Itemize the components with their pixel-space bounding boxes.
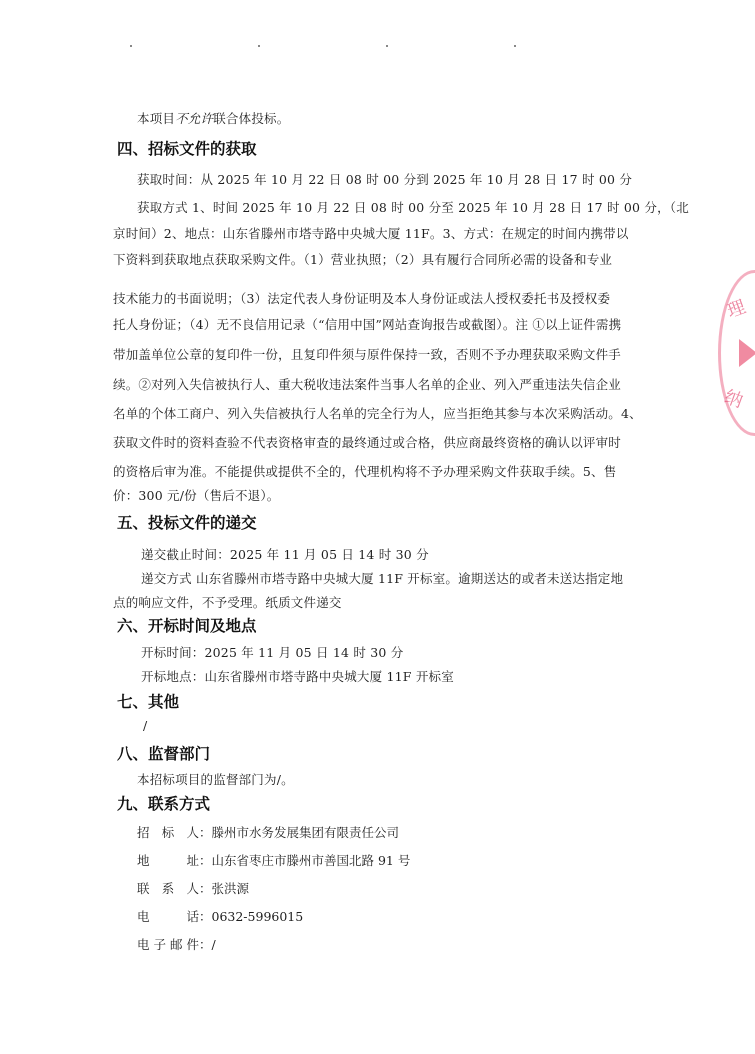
- section-7-heading: 七、其他: [117, 690, 179, 712]
- section-7-content: /: [143, 718, 147, 733]
- section-5-heading: 五、投标文件的递交: [117, 511, 257, 533]
- contact-label: 电子邮件: [137, 935, 199, 953]
- section-4-method-line: 获取文件时的资料查验不代表资格审查的最终通过或合格，供应商最终资格的确认以评审时: [113, 433, 621, 451]
- section-4-method-line: 技术能力的书面说明；（3）法定代表人身份证明及本人身份证或法人授权委托书及授权委: [113, 289, 610, 307]
- document-page: 本项目不允许联合体投标。 四、招标文件的获取 获取时间：从 2025 年 10 …: [0, 0, 755, 1054]
- intro-italic: 不允许: [175, 111, 213, 126]
- contact-label: 联系人: [137, 879, 199, 897]
- section-4-heading: 四、招标文件的获取: [117, 137, 257, 159]
- section-5-method-line: 点的响应文件，不予受理。纸质文件递交: [113, 593, 342, 611]
- section-4-method-line: 的资格后审为准。不能提供或提供不全的，代理机构将不予办理采购文件获取手续。5、售: [113, 462, 616, 480]
- intro-suffix: 联合体投标。: [213, 111, 289, 126]
- section-6-heading: 六、开标时间及地点: [117, 614, 257, 636]
- contact-label: 招标人: [137, 823, 199, 841]
- contact-value: ：/: [199, 937, 216, 952]
- contact-value: ：张洪源: [199, 881, 249, 896]
- scan-speck: [514, 45, 516, 47]
- section-4-method-line: 名单的个体工商户、列入失信被执行人名单的完全行为人，应当拒绝其参与本次采购活动。…: [113, 404, 642, 422]
- contact-value: ：山东省枣庄市滕州市善国北路 91 号: [199, 853, 410, 868]
- contact-value: ：滕州市水务发展集团有限责任公司: [199, 825, 399, 840]
- stamp-star-icon: [739, 339, 755, 367]
- contact-row-phone: 电话：0632-5996015: [137, 907, 303, 925]
- contact-row-email: 电子邮件：/: [137, 935, 216, 953]
- section-5-method-line: 递交方式 山东省滕州市塔寺路中央城大厦 11F 开标室。逾期送达的或者未送达指定…: [141, 569, 623, 587]
- seal-stamp: 理 纳: [718, 270, 755, 436]
- contact-value: ：0632-5996015: [199, 909, 303, 924]
- intro-line: 本项目不允许联合体投标。: [137, 109, 289, 127]
- section-4-method-line: 带加盖单位公章的复印件一份，且复印件须与原件保持一致，否则不予办理获取采购文件手: [113, 345, 621, 363]
- section-8-heading: 八、监督部门: [117, 742, 210, 764]
- stamp-char-top: 理: [723, 293, 749, 324]
- section-4-method-line: 托人身份证；（4）无不良信用记录（“信用中国”网站查询报告或截图）。注 ①以上证…: [113, 315, 621, 333]
- section-8-content: 本招标项目的监督部门为/。: [137, 770, 294, 788]
- stamp-char-bottom: 纳: [721, 383, 747, 414]
- section-4-method-line: 续。②对列入失信被执行人、重大税收违法案件当事人名单的企业、列入严重违法失信企业: [113, 375, 621, 393]
- section-4-time: 获取时间：从 2025 年 10 月 22 日 08 时 00 分到 2025 …: [137, 170, 632, 188]
- section-6-place: 开标地点：山东省滕州市塔寺路中央城大厦 11F 开标室: [141, 667, 454, 685]
- contact-label: 电话: [137, 907, 199, 925]
- intro-prefix: 本项目: [137, 111, 175, 126]
- contact-row-tenderer: 招标人：滕州市水务发展集团有限责任公司: [137, 823, 399, 841]
- scan-speck: [386, 45, 388, 47]
- section-4-method-line: 价：300 元/份（售后不退）。: [113, 486, 280, 504]
- scan-speck: [130, 45, 132, 47]
- section-4-method-line: 京时间）2、地点：山东省滕州市塔寺路中央城大厦 11F。3、方式：在规定的时间内…: [113, 224, 629, 242]
- contact-row-person: 联系人：张洪源: [137, 879, 249, 897]
- section-6-time: 开标时间：2025 年 11 月 05 日 14 时 30 分: [141, 643, 403, 661]
- section-5-deadline: 递交截止时间：2025 年 11 月 05 日 14 时 30 分: [141, 545, 429, 563]
- section-4-method-line: 获取方式 1、时间 2025 年 10 月 22 日 08 时 00 分至 20…: [137, 198, 689, 216]
- section-9-heading: 九、联系方式: [117, 792, 210, 814]
- scan-speck: [258, 45, 260, 47]
- contact-row-address: 地址：山东省枣庄市滕州市善国北路 91 号: [137, 851, 410, 869]
- contact-label: 地址: [137, 851, 199, 869]
- section-4-method-line: 下资料到获取地点获取采购文件。（1）营业执照；（2）具有履行合同所必需的设备和专…: [113, 250, 612, 268]
